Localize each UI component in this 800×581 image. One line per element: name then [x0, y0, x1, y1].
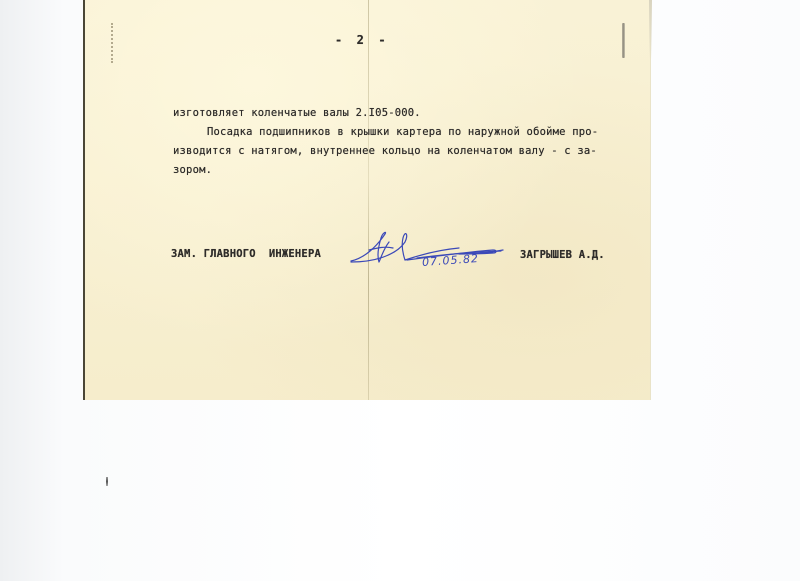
paper-edge-shadow — [649, 0, 652, 60]
signatory-title: ЗАМ. ГЛАВНОГО ИНЖЕНЕРА — [171, 248, 321, 260]
body-text-line: Посадка подшипников в крышки картера по … — [207, 126, 598, 138]
page-number: - 2 - — [335, 33, 386, 47]
margin-pencil-mark — [111, 23, 116, 63]
body-text-line: изготовляет коленчатые валы 2.I05-000. — [173, 107, 421, 119]
document-page: - 2 - изготовляет коленчатые валы 2.I05-… — [83, 0, 650, 400]
handwritten-signature — [347, 228, 507, 278]
body-text-line: зором. — [173, 164, 212, 176]
fold-crease — [368, 0, 369, 400]
scan-artifact — [106, 477, 108, 486]
body-text-line: изводится с натягом, внутреннее кольцо н… — [173, 145, 597, 157]
signatory-name: ЗАГРЫШЕВ А.Д. — [520, 249, 605, 261]
staple-mark — [622, 23, 625, 58]
